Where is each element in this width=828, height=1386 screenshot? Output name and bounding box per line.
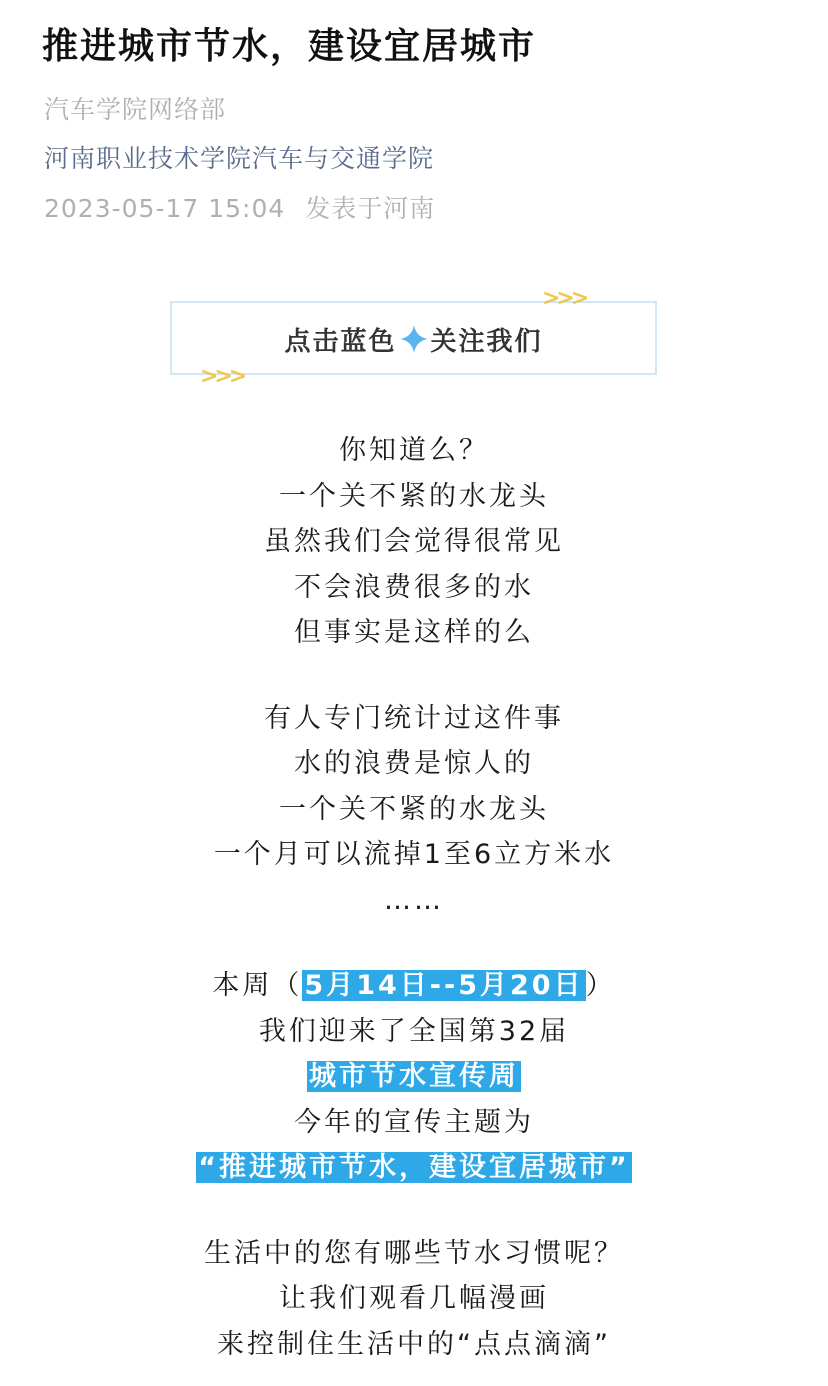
- text-line: 一个关不紧的水龙头: [0, 787, 828, 833]
- text-line: 一个关不紧的水龙头: [0, 474, 828, 520]
- publish-location: 发表于河南: [305, 194, 435, 223]
- text-line: 但事实是这样的么: [0, 610, 828, 656]
- author-name: 汽车学院网络部: [44, 90, 226, 126]
- event-name-highlight: 城市节水宣传周: [307, 1061, 521, 1092]
- text-line: 生活中的您有哪些节水习惯呢？: [0, 1231, 828, 1277]
- text-line: 城市节水宣传周: [0, 1054, 828, 1100]
- follow-text: 点击蓝色关注我们: [172, 321, 655, 358]
- text-line: ……: [0, 878, 828, 924]
- chevrons-decoration-icon: >>>: [542, 286, 585, 311]
- publish-meta: 2023-05-17 15:04发表于河南: [44, 189, 435, 225]
- article-body: 你知道么？ 一个关不紧的水龙头 虽然我们会觉得很常见 不会浪费很多的水 但事实是…: [0, 428, 828, 1367]
- theme-highlight: “推进城市节水，建设宜居城市”: [196, 1152, 632, 1183]
- text-line: 来控制住生活中的“点点滴滴”: [0, 1322, 828, 1368]
- sparkle-star-icon: [399, 324, 429, 354]
- week-suffix: ）: [586, 970, 616, 1001]
- chevrons-decoration-icon: >>>: [200, 364, 243, 389]
- account-link[interactable]: 河南职业技术学院汽车与交通学院: [44, 139, 434, 175]
- article-title: 推进城市节水，建设宜居城市: [42, 18, 536, 69]
- text-line: 我们迎来了全国第32届: [0, 1009, 828, 1055]
- text-line: 有人专门统计过这件事: [0, 696, 828, 742]
- follow-text-after: 关注我们: [431, 327, 543, 357]
- follow-text-before: 点击蓝色: [284, 327, 396, 357]
- text-line: 你知道么？: [0, 428, 828, 474]
- text-line: 虽然我们会觉得很常见: [0, 519, 828, 565]
- text-line: 水的浪费是惊人的: [0, 741, 828, 787]
- text-line: 今年的宣传主题为: [0, 1100, 828, 1146]
- date-range-highlight: 5月14日--5月20日: [302, 970, 585, 1001]
- text-line: 让我们观看几幅漫画: [0, 1276, 828, 1322]
- text-line: 不会浪费很多的水: [0, 565, 828, 611]
- text-line: 本周（5月14日--5月20日）: [0, 963, 828, 1009]
- text-line: “推进城市节水，建设宜居城市”: [0, 1145, 828, 1191]
- week-prefix: 本周（: [212, 970, 302, 1001]
- publish-datetime: 2023-05-17 15:04: [44, 194, 285, 223]
- text-line: 一个月可以流掉1至6立方米水: [0, 832, 828, 878]
